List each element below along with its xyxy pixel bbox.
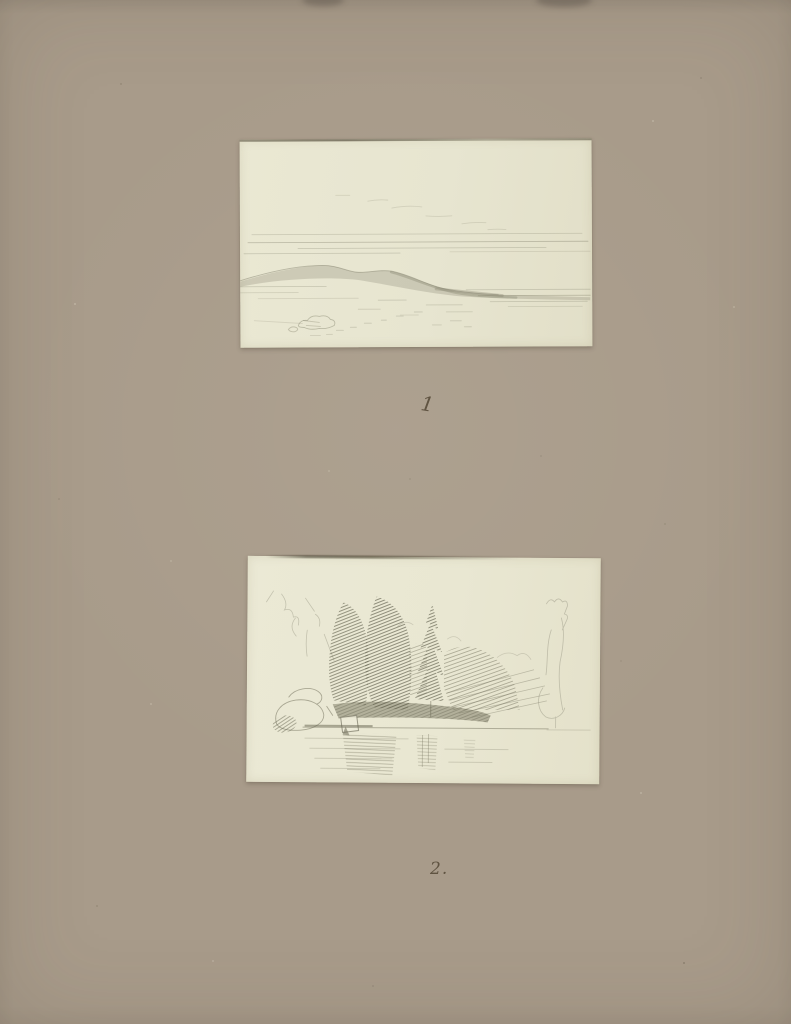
album-page: 1	[0, 0, 791, 1024]
top-edge-smudge-right	[536, 0, 592, 7]
figure-number-1: 1	[419, 391, 435, 417]
landscape-sketch-drawing	[240, 138, 593, 348]
top-edge-smudge-left	[302, 0, 344, 6]
mounted-sketch-1	[240, 138, 593, 348]
trees-sketch-drawing	[246, 556, 601, 784]
mounted-sketch-2	[246, 556, 601, 784]
figure-number-2: 2.	[430, 859, 448, 879]
cardboard-speckles	[0, 0, 2, 2]
